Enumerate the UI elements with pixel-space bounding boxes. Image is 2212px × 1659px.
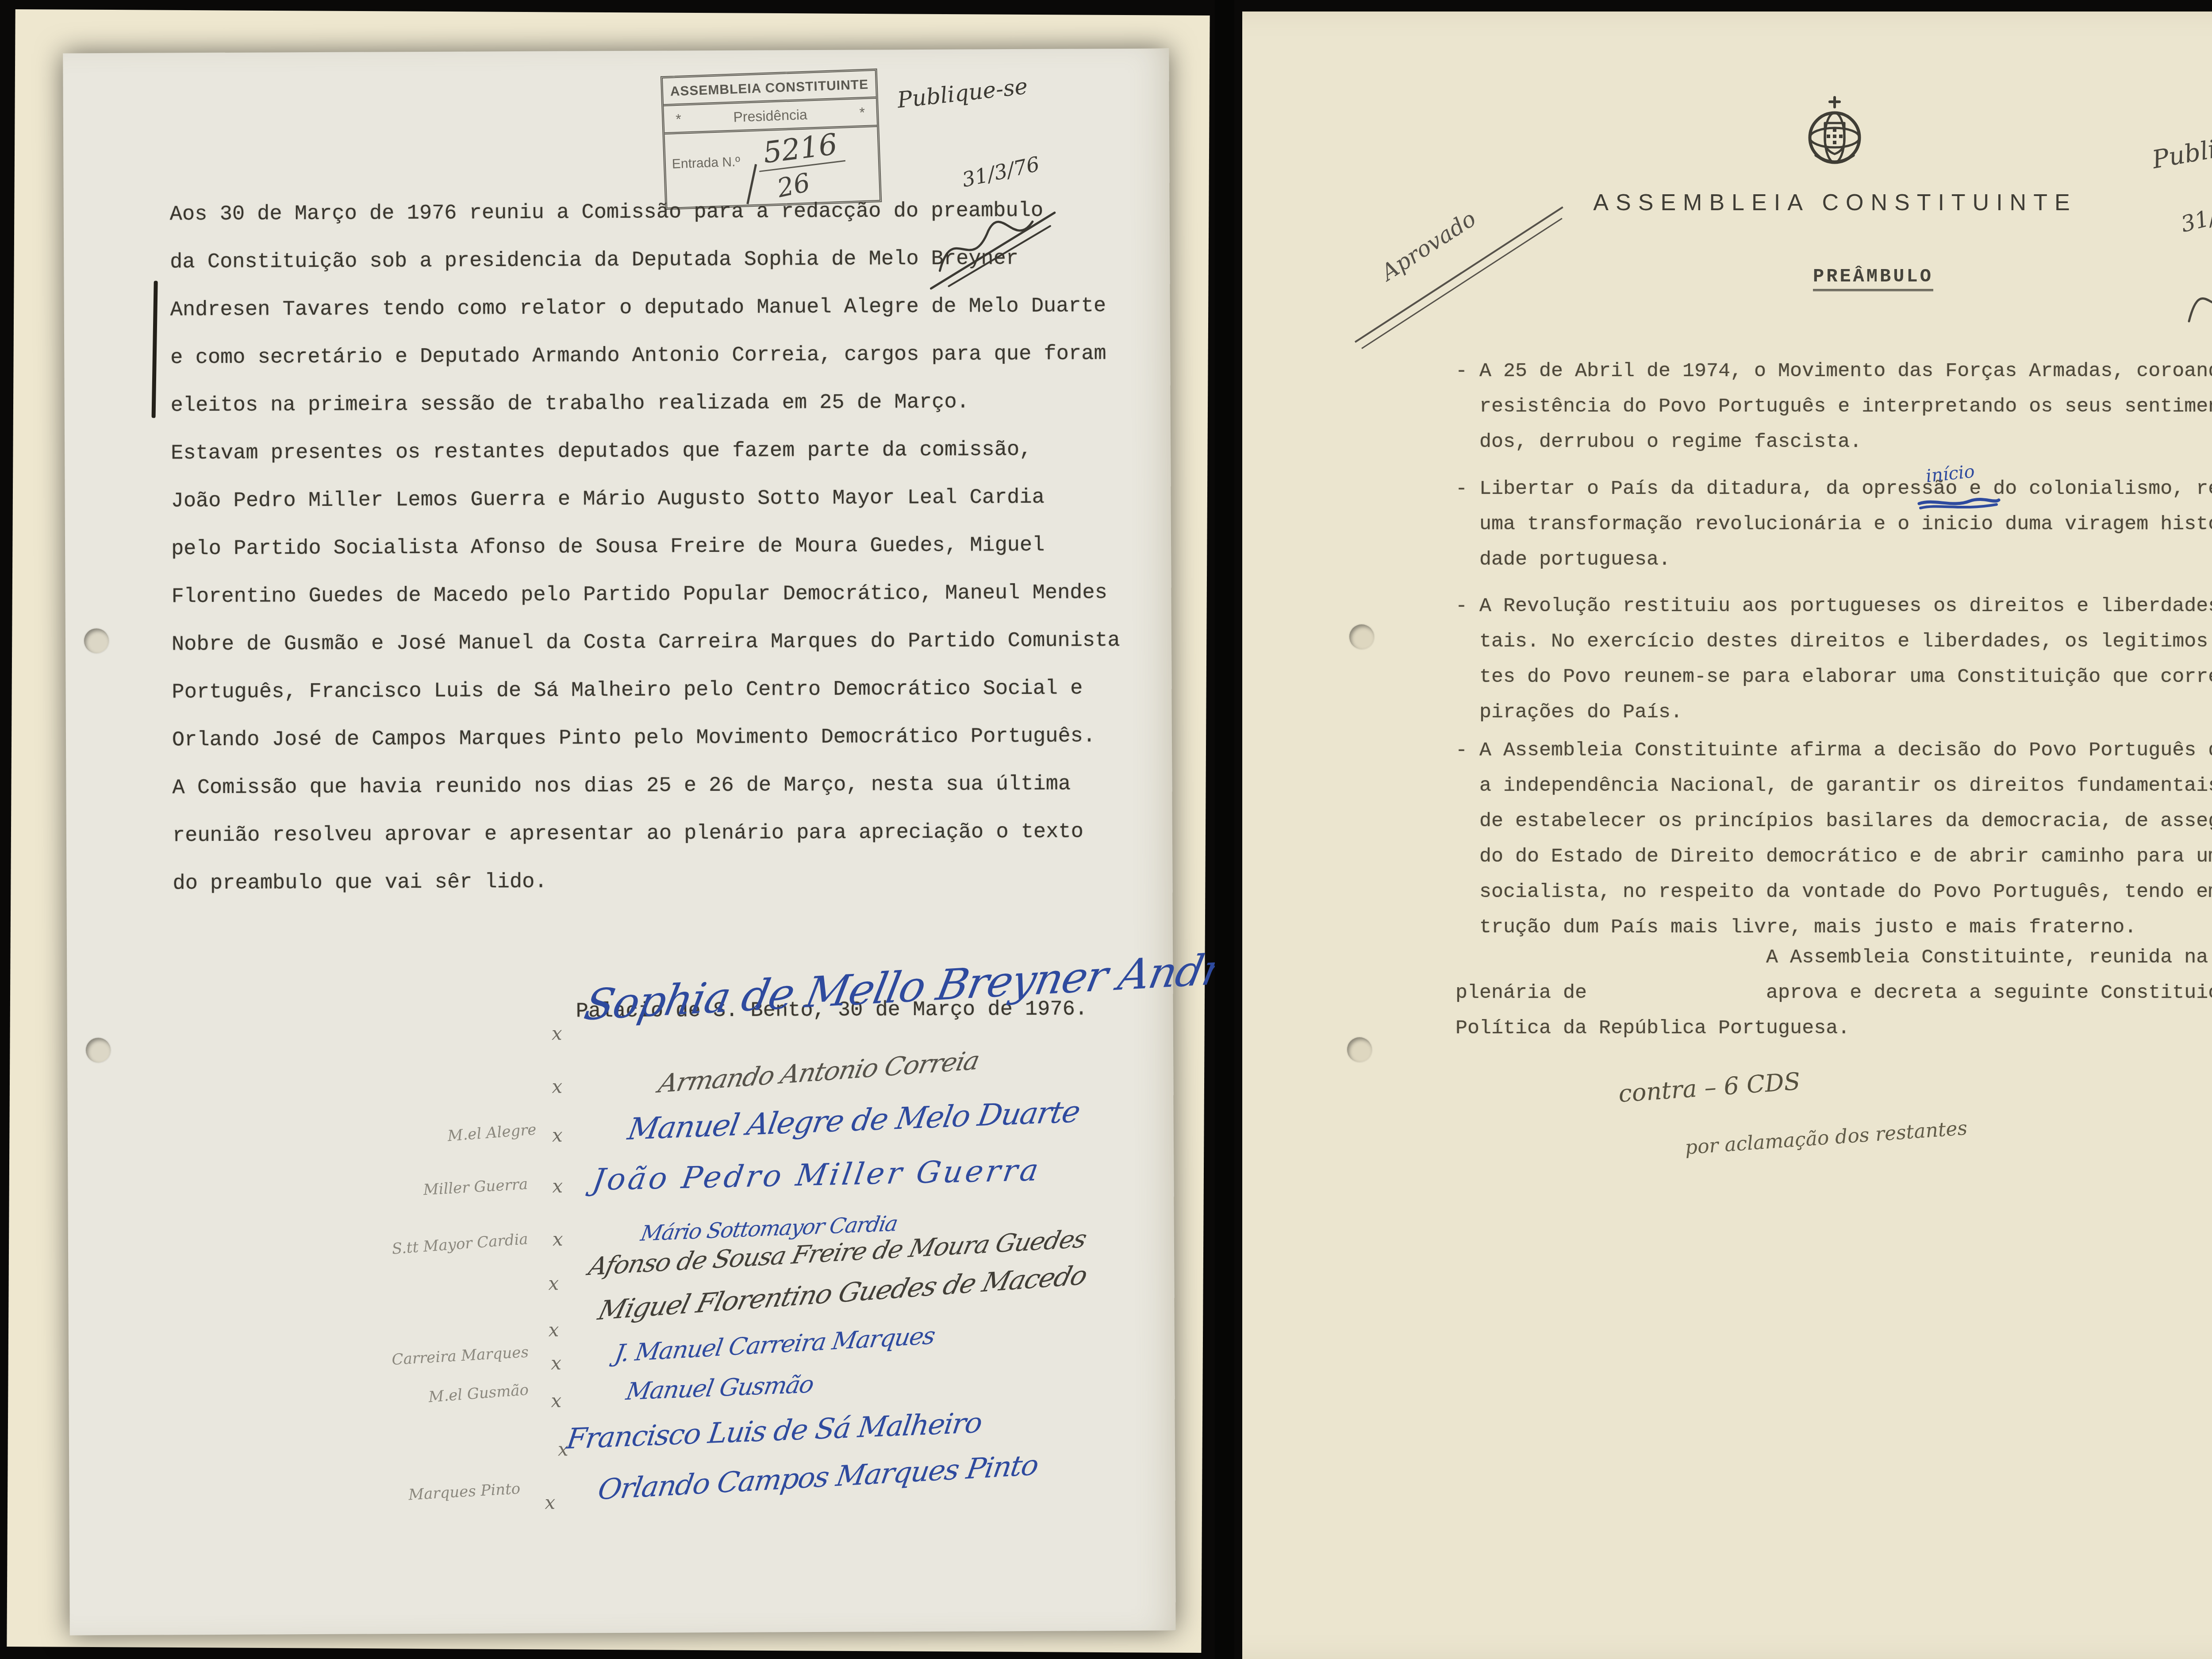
staple-mark (152, 281, 158, 418)
signature-x-mark: x (545, 1492, 555, 1513)
minutes-body-text: Aos 30 de Março de 1976 reuniu a Comissã… (170, 187, 1121, 908)
portugal-coat-of-arms-icon (1807, 96, 1862, 174)
signature-x-mark: x (549, 1319, 559, 1341)
margin-note-carreira-marques: Carreira Marques (351, 1343, 529, 1371)
margin-note-miller-guerra: Miller Guerra (360, 1175, 529, 1202)
preamble-page: ASSEMBLEIA CONSTITUINTE Publique-se 31/3… (1242, 12, 2212, 1659)
closing-paragraph: A Assembleia Constituinte, reunida na se… (1455, 940, 2212, 1046)
signature-carreira-marques: J. Manuel Carreira Marques (613, 1322, 937, 1368)
preamble-paragraph-2: - Libertar o País da ditadura, da opress… (1455, 471, 2212, 577)
rubric-signature-scrawl (2176, 242, 2212, 348)
strikethrough-scribble (1917, 490, 2001, 515)
stamp-dept: Presidência (733, 107, 807, 126)
preamble-paragraph-3: - A Revolução restituiu aos portugueses … (1455, 589, 2212, 730)
preamble-paragraph-1: - A 25 de Abril de 1974, o Movimento das… (1455, 354, 2212, 460)
preamble-paragraph-4: - A Assembleia Constituinte afirma a dec… (1455, 733, 2212, 945)
signature-manuel-alegre: Manuel Alegre de Melo Duarte (625, 1094, 1082, 1147)
stamp-star-right: * (859, 104, 865, 121)
signature-x-mark: x (553, 1228, 563, 1250)
stamp-entry-label: Entrada N.º (672, 154, 740, 172)
punch-hole (84, 628, 109, 653)
publish-note-text: Publique-se (896, 73, 1029, 113)
signature-x-mark: x (552, 1175, 563, 1197)
signature-x-mark: x (552, 1076, 562, 1097)
signature-sa-malheiro: Francisco Luis de Sá Malheiro (565, 1407, 983, 1456)
publish-note-date: 31/3/76 (960, 152, 1042, 192)
punch-hole (86, 1038, 111, 1062)
signature-miller-guerra: João Pedro Miller Guerra (590, 1153, 1044, 1197)
vote-note-against: contra – 6 CDS (1617, 1067, 1801, 1108)
publish-note-text: Publique-se (2150, 121, 2212, 175)
signature-x-mark: x (552, 1124, 563, 1146)
stamp-star-left: * (676, 111, 682, 127)
signature-x-mark: x (552, 1023, 562, 1044)
signature-x-mark: x (548, 1273, 559, 1294)
section-title: PREÂMBULO (1813, 266, 1933, 291)
signature-x-mark: x (551, 1352, 561, 1374)
minutes-page: ASSEMBLEIA CONSTITUINTE * Presidência * … (63, 49, 1176, 1636)
punch-hole (1349, 624, 1374, 649)
right-document-photo: ASSEMBLEIA CONSTITUINTE Publique-se 31/3… (1234, 0, 2212, 1659)
page-title: ASSEMBLEIA CONSTITUINTE (1592, 189, 2078, 216)
margin-note-marques-pinto: Marques Pinto (352, 1480, 521, 1507)
publish-note-date: 31/3/76 (2178, 192, 2212, 238)
signature-armando-correia: Armando Antonio Correia (656, 1045, 982, 1099)
stamp-entry-number-handwritten: 5216 (755, 126, 845, 172)
signature-manuel-gusmao: Manuel Gusmão (624, 1370, 816, 1405)
approval-note: Aprovado (1377, 206, 1481, 286)
signature-x-mark: x (551, 1390, 561, 1412)
margin-note-mayor-cardia: S.tt Mayor Cardia (351, 1230, 529, 1261)
left-document-photo: ASSEMBLEIA CONSTITUINTE * Presidência * … (0, 0, 1215, 1659)
margin-note-alegre: M.el Alegre (368, 1121, 537, 1151)
vote-note-acclamation: por aclamação dos restantes (1684, 1117, 1968, 1159)
punch-hole (1347, 1037, 1372, 1062)
margin-note-gusmao: M.el Gusmão (361, 1381, 530, 1411)
signature-marques-pinto: Orlando Campos Marques Pinto (596, 1449, 1041, 1506)
